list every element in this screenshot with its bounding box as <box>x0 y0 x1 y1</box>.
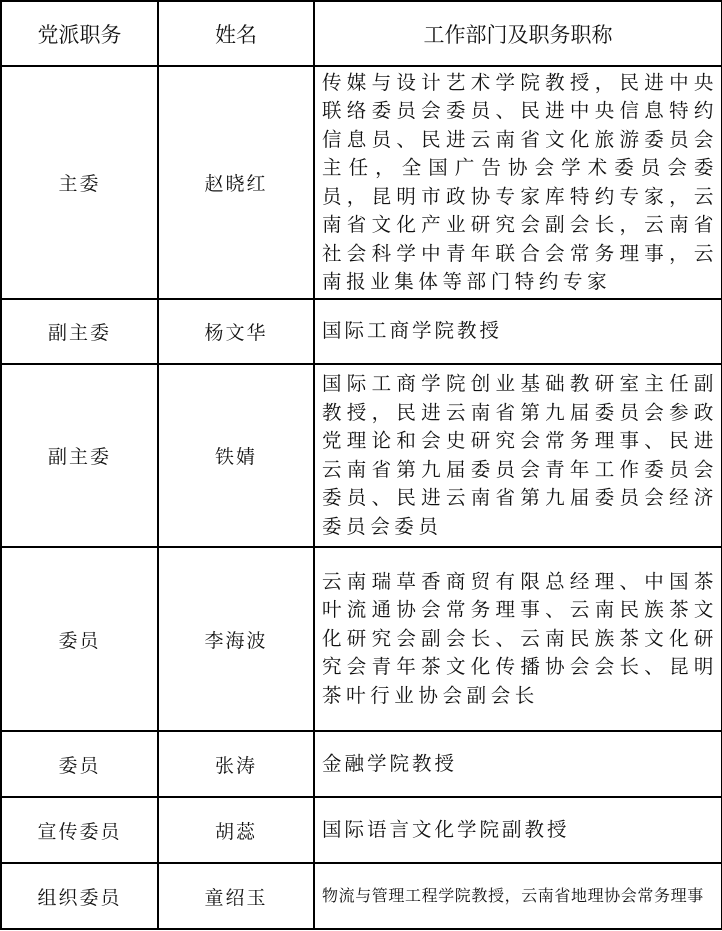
details-cell: 国际工商学院创业基础教研室主任副教授，民进云南省第九届委员会参政党理论和会史研究… <box>314 364 722 547</box>
position-cell: 宣传委员 <box>1 797 158 863</box>
name-cell: 李海波 <box>158 547 314 731</box>
table-row: 副主委 杨文华 国际工商学院教授 <box>1 299 722 364</box>
table-row: 宣传委员 胡蕊 国际语言文化学院副教授 <box>1 797 722 863</box>
position-cell: 组织委员 <box>1 863 158 929</box>
header-details: 工作部门及职务职称 <box>314 1 722 66</box>
table-row: 主委 赵晓红 传媒与设计艺术学院教授，民进中央联络委员会委员、民进中央信息特约信… <box>1 66 722 299</box>
position-cell: 主委 <box>1 66 158 299</box>
members-table: 党派职务 姓名 工作部门及职务职称 主委 赵晓红 传媒与设计艺术学院教授，民进中… <box>0 0 722 930</box>
header-row: 党派职务 姓名 工作部门及职务职称 <box>1 1 722 66</box>
name-cell: 铁婧 <box>158 364 314 547</box>
details-cell: 云南瑞草香商贸有限总经理、中国茶叶流通协会常务理事、云南民族茶文化研究会副会长、… <box>314 547 722 731</box>
name-cell: 杨文华 <box>158 299 314 364</box>
name-cell: 赵晓红 <box>158 66 314 299</box>
table-row: 委员 李海波 云南瑞草香商贸有限总经理、中国茶叶流通协会常务理事、云南民族茶文化… <box>1 547 722 731</box>
position-cell: 副主委 <box>1 364 158 547</box>
table-row: 副主委 铁婧 国际工商学院创业基础教研室主任副教授，民进云南省第九届委员会参政党… <box>1 364 722 547</box>
position-cell: 委员 <box>1 547 158 731</box>
name-cell: 童绍玉 <box>158 863 314 929</box>
details-cell: 国际工商学院教授 <box>314 299 722 364</box>
details-cell: 金融学院教授 <box>314 731 722 797</box>
header-position: 党派职务 <box>1 1 158 66</box>
header-name: 姓名 <box>158 1 314 66</box>
name-cell: 胡蕊 <box>158 797 314 863</box>
details-cell: 国际语言文化学院副教授 <box>314 797 722 863</box>
position-cell: 委员 <box>1 731 158 797</box>
details-cell: 传媒与设计艺术学院教授，民进中央联络委员会委员、民进中央信息特约信息员、民进云南… <box>314 66 722 299</box>
table-row: 委员 张涛 金融学院教授 <box>1 731 722 797</box>
details-cell: 物流与管理工程学院教授，云南省地理协会常务理事 <box>314 863 722 929</box>
table-row: 组织委员 童绍玉 物流与管理工程学院教授，云南省地理协会常务理事 <box>1 863 722 929</box>
name-cell: 张涛 <box>158 731 314 797</box>
position-cell: 副主委 <box>1 299 158 364</box>
